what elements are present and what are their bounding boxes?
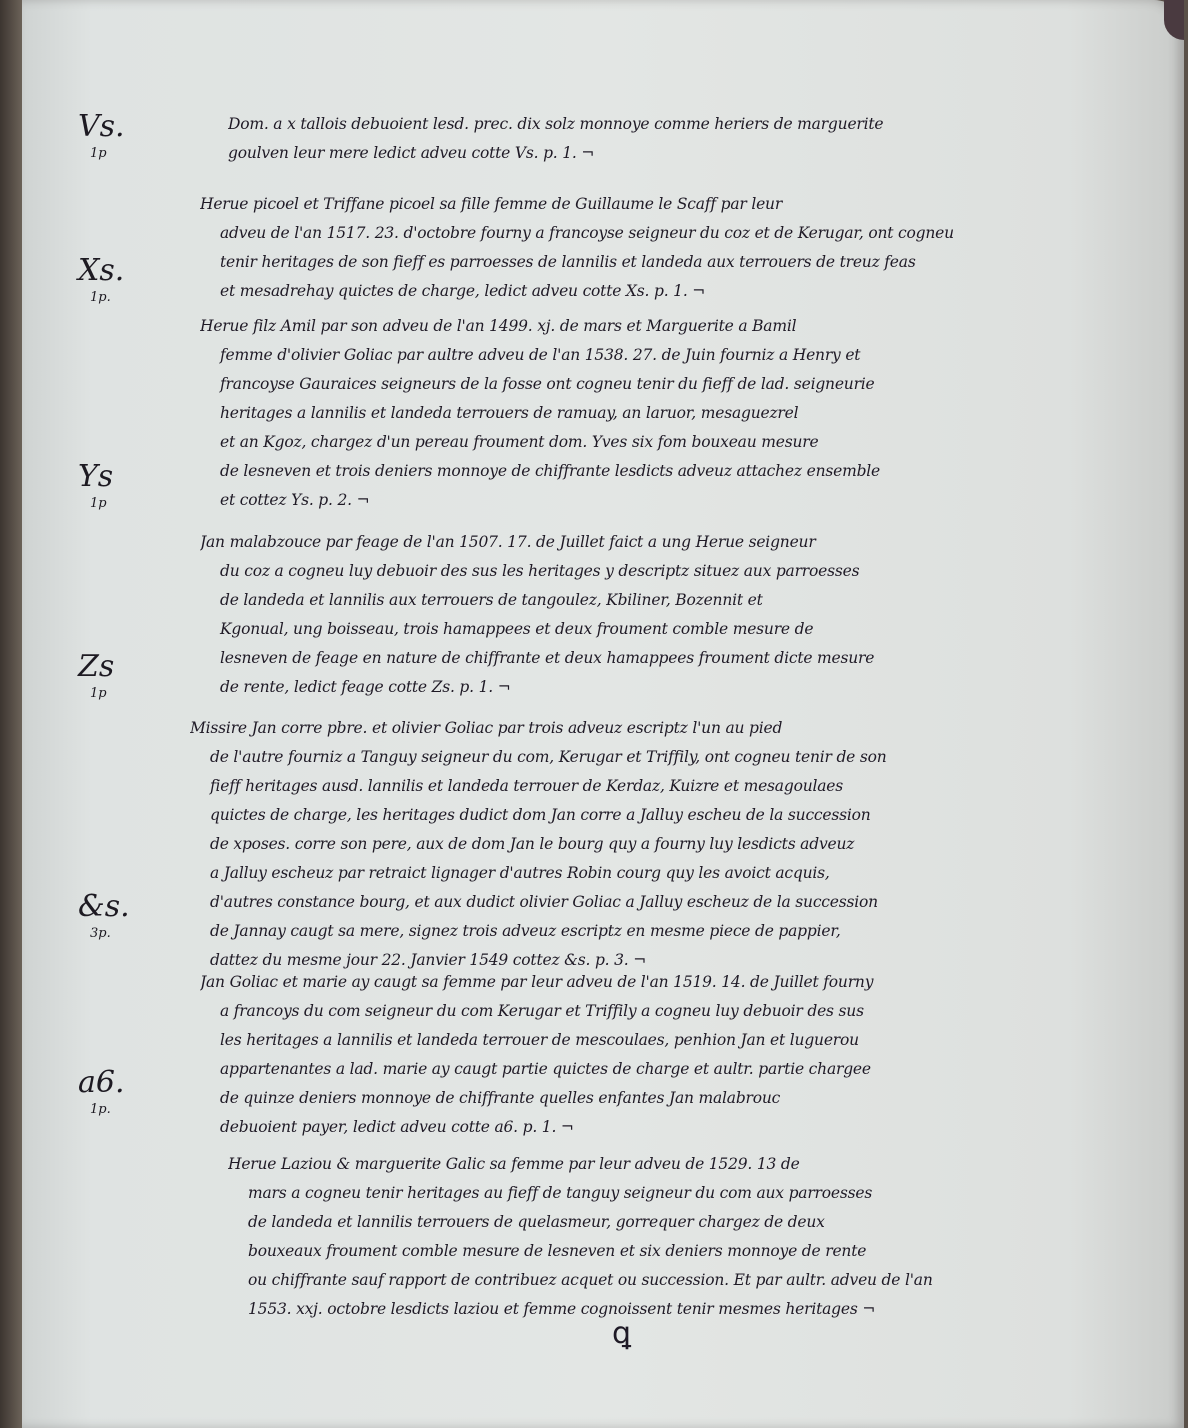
- entry-line: de xposes. corre son pere, aux de dom Ja…: [190, 830, 1050, 859]
- entry-line: de quinze deniers monnoye de chiffrante …: [200, 1084, 1040, 1113]
- margin-folio: 3p.: [90, 926, 130, 941]
- entry-line: quictes de charge, les heritages dudict …: [190, 801, 1050, 830]
- end-flourish-mark: ꝗ: [612, 1316, 631, 1351]
- entry-line: Herue Laziou & marguerite Galic sa femme…: [228, 1150, 1068, 1179]
- entry-line: et an Kgoz, chargez d'un pereau froument…: [200, 428, 1040, 457]
- margin-note: a6. 1p.: [78, 1068, 125, 1117]
- entry-line: de lesneven et trois deniers monnoye de …: [200, 457, 1040, 486]
- margin-note: Zs 1p: [78, 652, 114, 701]
- entry-line: fieff heritages ausd. lannilis et landed…: [190, 772, 1050, 801]
- entry-line: du coz a cogneu luy debuoir des sus les …: [200, 557, 1040, 586]
- entry-line: de Jannay caugt sa mere, signez trois ad…: [190, 917, 1050, 946]
- margin-code: Zs: [78, 652, 114, 682]
- register-entry: Dom. a x tallois debuoient lesd. prec. d…: [228, 110, 1068, 168]
- entry-line: tenir heritages de son fieff es parroess…: [200, 248, 1040, 277]
- margin-folio: 1p.: [90, 290, 124, 305]
- entry-line: Missire Jan corre pbre. et olivier Golia…: [190, 714, 1050, 743]
- register-entry: Herue filz Amil par son adveu de l'an 14…: [200, 312, 1040, 515]
- register-entry: Herue Laziou & marguerite Galic sa femme…: [228, 1150, 1068, 1324]
- entry-line: et mesadrehay quictes de charge, ledict …: [200, 277, 1040, 306]
- entry-line: lesneven de feage en nature de chiffrant…: [200, 644, 1040, 673]
- entry-line: Dom. a x tallois debuoient lesd. prec. d…: [228, 110, 1068, 139]
- entry-line: mars a cogneu tenir heritages au fieff d…: [228, 1179, 1068, 1208]
- entry-line: les heritages a lannilis et landeda terr…: [200, 1026, 1040, 1055]
- entry-line: francoyse Gauraices seigneurs de la foss…: [200, 370, 1040, 399]
- margin-folio: 1p: [90, 496, 113, 511]
- margin-code: Ys: [78, 462, 113, 492]
- register-entry: Jan malabzouce par feage de l'an 1507. 1…: [200, 528, 1040, 702]
- entry-line: et cottez Ys. p. 2. ¬: [200, 486, 1040, 515]
- entry-line: femme d'olivier Goliac par aultre adveu …: [200, 341, 1040, 370]
- page-corner-shadow: [1164, 0, 1184, 40]
- entry-line: de rente, ledict feage cotte Zs. p. 1. ¬: [200, 673, 1040, 702]
- margin-note: Ys 1p: [78, 462, 113, 511]
- margin-code: a6.: [78, 1068, 125, 1098]
- margin-note: &s. 3p.: [78, 892, 130, 941]
- entry-line: goulven leur mere ledict adveu cotte Vs.…: [228, 139, 1068, 168]
- entry-line: bouxeaux froument comble mesure de lesne…: [228, 1237, 1068, 1266]
- entry-line: 1553. xxj. octobre lesdicts laziou et fe…: [228, 1295, 1068, 1324]
- entry-line: a francoys du com seigneur du com Keruga…: [200, 997, 1040, 1026]
- scan-background-edge: [0, 0, 22, 1428]
- register-entry: Missire Jan corre pbre. et olivier Golia…: [190, 714, 1050, 975]
- margin-note: Vs. 1p: [78, 112, 125, 161]
- margin-folio: 1p: [90, 146, 125, 161]
- entry-line: de landeda et lannilis terrouers de quel…: [228, 1208, 1068, 1237]
- entry-line: adveu de l'an 1517. 23. d'octobre fourny…: [200, 219, 1040, 248]
- entry-line: a Jalluy escheuz par retraict lignager d…: [190, 859, 1050, 888]
- register-entry: Jan Goliac et marie ay caugt sa femme pa…: [200, 968, 1040, 1142]
- entry-line: appartenantes a lad. marie ay caugt part…: [200, 1055, 1040, 1084]
- margin-code: &s.: [78, 892, 130, 922]
- entry-line: Kgonual, ung boisseau, trois hamappees e…: [200, 615, 1040, 644]
- margin-code: Vs.: [78, 112, 125, 142]
- margin-code: Xs.: [78, 256, 124, 286]
- margin-note: Xs. 1p.: [78, 256, 124, 305]
- entry-line: Jan Goliac et marie ay caugt sa femme pa…: [200, 968, 1040, 997]
- entry-line: Herue picoel et Triffane picoel sa fille…: [200, 190, 1040, 219]
- entry-line: Jan malabzouce par feage de l'an 1507. 1…: [200, 528, 1040, 557]
- entry-line: d'autres constance bourg, et aux dudict …: [190, 888, 1050, 917]
- entry-line: heritages a lannilis et landeda terrouer…: [200, 399, 1040, 428]
- margin-folio: 1p: [90, 686, 114, 701]
- entry-line: Herue filz Amil par son adveu de l'an 14…: [200, 312, 1040, 341]
- margin-folio: 1p.: [90, 1102, 125, 1117]
- entry-line: ou chiffrante sauf rapport de contribuez…: [228, 1266, 1068, 1295]
- register-entry: Herue picoel et Triffane picoel sa fille…: [200, 190, 1040, 306]
- entry-line: debuoient payer, ledict adveu cotte a6. …: [200, 1113, 1040, 1142]
- entry-line: de landeda et lannilis aux terrouers de …: [200, 586, 1040, 615]
- entry-line: de l'autre fourniz a Tanguy seigneur du …: [190, 743, 1050, 772]
